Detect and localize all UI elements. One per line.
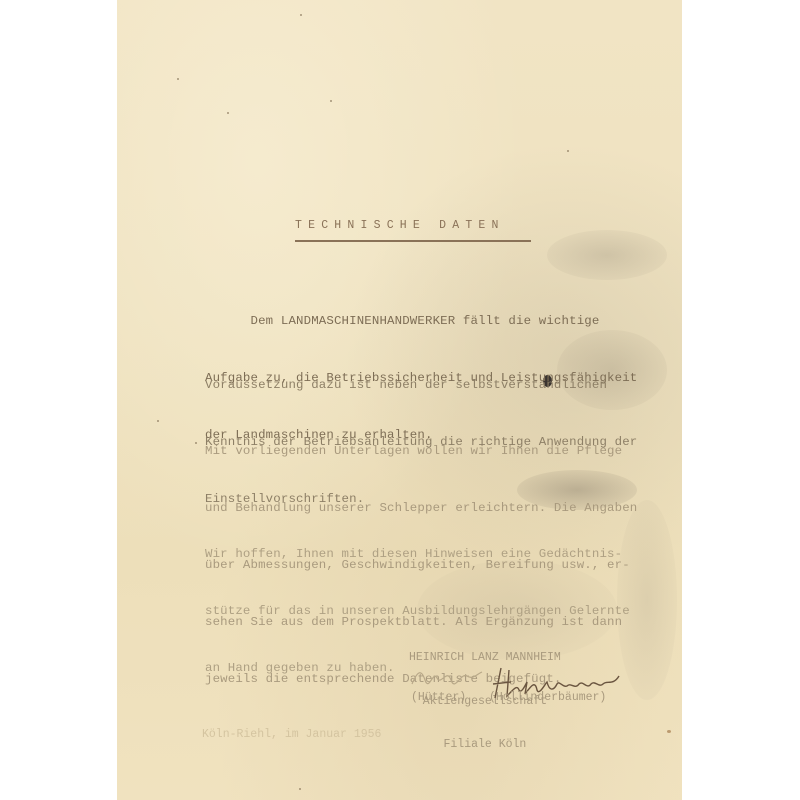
sender-company: HEINRICH LANZ MANNHEIM <box>409 651 561 666</box>
signatory-right: (Hollinderbäumer) <box>489 691 606 704</box>
speck <box>300 14 302 16</box>
title-underline <box>295 240 531 242</box>
document-page: TECHNISCHE DATEN Dem LANDMASCHINENHANDWE… <box>117 0 682 800</box>
document-title: TECHNISCHE DATEN <box>295 219 505 232</box>
text-line: stütze für das in unseren Ausbildungsleh… <box>205 602 645 621</box>
speck <box>227 112 229 114</box>
speck <box>330 100 332 102</box>
speck <box>299 788 301 790</box>
text-line: Dem LANDMASCHINENHANDWERKER fällt die wi… <box>205 312 645 331</box>
speck <box>157 420 159 422</box>
stain <box>547 230 667 280</box>
sender-branch: Filiale Köln <box>409 738 561 753</box>
place-date: Köln-Riehl, im Januar 1956 <box>202 728 381 741</box>
speck <box>567 150 569 152</box>
signatory-left: (Hütter) <box>411 691 466 704</box>
speck <box>667 730 671 733</box>
text-line: Wir hoffen, Ihnen mit diesen Hinweisen e… <box>205 545 645 564</box>
text-line: Mit vorliegenden Unterlagen wollen wir I… <box>205 442 645 461</box>
text-line: Voraussetzung dazu ist neben der selbstv… <box>205 376 645 395</box>
speck <box>195 442 197 444</box>
speck <box>177 78 179 80</box>
